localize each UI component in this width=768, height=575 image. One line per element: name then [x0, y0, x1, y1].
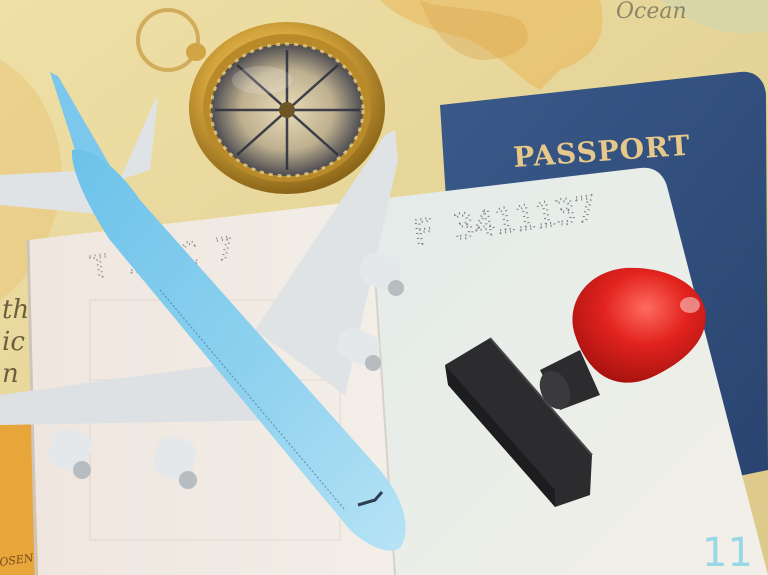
photo-scene: Ocean th ic n OSEN PASSPORT	[0, 0, 768, 575]
map-label-fragment-2: ic	[2, 327, 25, 357]
map-label-fragment-3: n	[2, 359, 19, 389]
map-label-fragment-1: th	[2, 295, 29, 325]
photo-canvas: Ocean th ic n OSEN PASSPORT	[0, 0, 768, 575]
map-label-ocean: Ocean	[616, 0, 687, 24]
page-number: 11	[702, 530, 753, 575]
